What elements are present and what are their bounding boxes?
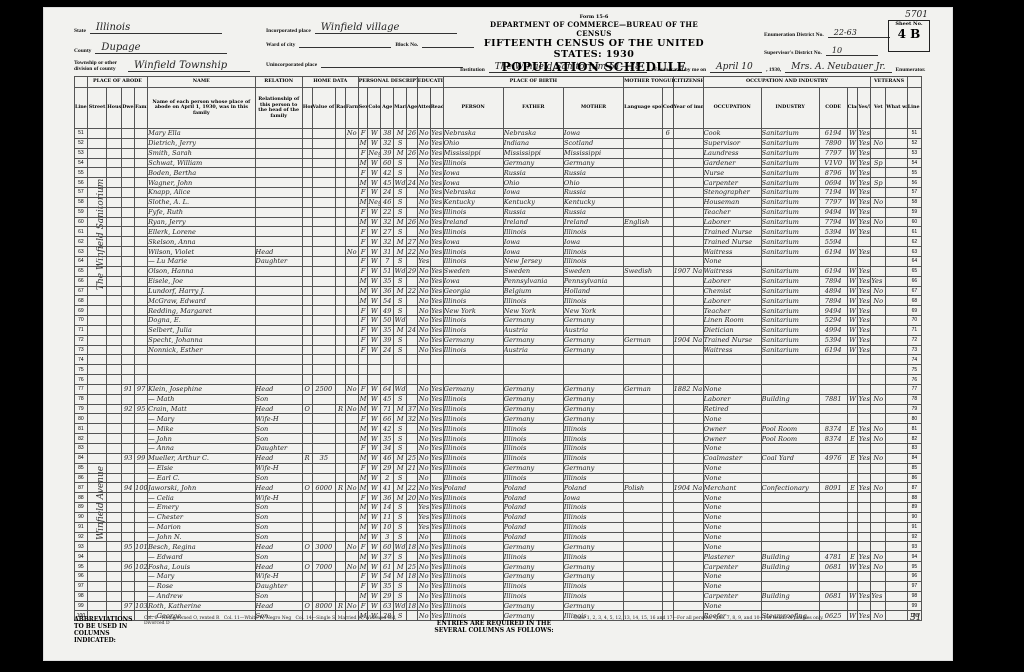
cell-race: W [368, 237, 381, 247]
cell-occ: Trained Nurse [703, 237, 761, 247]
cell-ca [662, 562, 673, 572]
cell-line: 77 [75, 384, 88, 394]
cell-rd: Yes [430, 404, 443, 414]
cell-farm [345, 276, 358, 286]
cell-ind [761, 493, 819, 503]
cell-sch: No [417, 571, 430, 581]
cell-ten [302, 316, 312, 326]
cell-bp: Ireland [443, 217, 503, 227]
cell-dw [122, 286, 135, 296]
cell-race: W [368, 325, 381, 335]
cell-war [886, 375, 908, 385]
cell-ca [662, 138, 673, 148]
cell-am [407, 227, 418, 237]
cell-bm: Germany [563, 384, 623, 394]
cell-rd: Yes [430, 325, 443, 335]
cell-ind: Sanitarium [761, 129, 819, 139]
cell-am [407, 335, 418, 345]
cell-eng [673, 345, 703, 355]
cell-radio [336, 552, 346, 562]
cell-dw [122, 306, 135, 316]
table-row: 51Mary EllaNoFW38M26NoYesNebraskaNebrask… [75, 129, 922, 139]
cell-line: 90 [907, 512, 921, 522]
cell-bf: Poland [503, 503, 563, 513]
cell-name: Ellerk, Lorene [148, 227, 255, 237]
cell-occ: Laborer [703, 296, 761, 306]
cell-war [886, 424, 908, 434]
cell-lang [624, 227, 663, 237]
cell-bp: Illinois [443, 552, 503, 562]
cell-sex: F [358, 601, 368, 611]
cell-race: W [368, 345, 381, 355]
cell-rd: Yes [430, 138, 443, 148]
cell-cls: W [847, 188, 858, 198]
group-education: EDUCATION [417, 77, 443, 88]
table-row: 94— EdwardSonMW37SNoYesIllinoisIllinoisI… [75, 552, 922, 562]
cell-hs [107, 601, 122, 611]
cell-bp: Sweden [443, 266, 503, 276]
cell-eng [673, 355, 703, 365]
cell-line: 73 [75, 345, 88, 355]
cell-emp [858, 503, 871, 513]
cell-rd: Yes [430, 188, 443, 198]
cell-name: McGraw, Edward [148, 296, 255, 306]
cell-st [87, 394, 106, 404]
cell-fam: 97 [135, 384, 148, 394]
cell-lang: English [624, 217, 663, 227]
cell-race [368, 355, 381, 365]
cell-race: W [368, 296, 381, 306]
cell-am [407, 355, 418, 365]
cell-lang [624, 355, 663, 365]
cell-occ: Trained Nurse [703, 227, 761, 237]
cell-rd: Yes [430, 483, 443, 493]
cell-st [87, 296, 106, 306]
cell-line: 64 [75, 256, 88, 266]
cell-am: 24 [407, 325, 418, 335]
cell-fam [135, 424, 148, 434]
cell-ca [662, 296, 673, 306]
cell-line: 76 [75, 375, 88, 385]
cell-rd: Yes [430, 463, 443, 473]
cell-mar: M [394, 404, 407, 414]
cell-rel [255, 325, 302, 335]
cell-rel: Son [255, 522, 302, 532]
cell-bf [503, 375, 563, 385]
cell-code: 0681 [819, 591, 847, 601]
cell-farm [345, 345, 358, 355]
cell-vet [871, 247, 886, 257]
cell-st [87, 375, 106, 385]
table-row: 65Olson, HannaFW51Wd29NoYesSwedenSwedenS… [75, 266, 922, 276]
cell-emp: Yes [858, 148, 871, 158]
cell-age: 64 [381, 384, 394, 394]
cell-ten [302, 207, 312, 217]
cell-name: — Anna [148, 444, 255, 454]
cell-lang [624, 463, 663, 473]
cell-hs [107, 306, 122, 316]
cell-hs [107, 424, 122, 434]
table-row: 59Fyfe, RuthFW22SNoYesIllinoisRussiaRuss… [75, 207, 922, 217]
cell-am [407, 345, 418, 355]
cell-farm [345, 168, 358, 178]
cell-hs [107, 325, 122, 335]
cell-line: 96 [75, 571, 88, 581]
cell-hs [107, 188, 122, 198]
cell-vet [871, 227, 886, 237]
cell-eng [673, 158, 703, 168]
cell-radio [336, 237, 346, 247]
cell-sex: M [358, 473, 368, 483]
cell-ind [761, 473, 819, 483]
cell-occ: Stenographer [703, 188, 761, 198]
cell-age: 24 [381, 188, 394, 198]
cell-radio [336, 266, 346, 276]
cell-code [819, 375, 847, 385]
cell-race: W [368, 434, 381, 444]
cell-eng [673, 178, 703, 188]
cell-mar: S [394, 581, 407, 591]
cell-val [312, 473, 336, 483]
cell-emp [858, 414, 871, 424]
cell-st [87, 237, 106, 247]
cell-line: 99 [907, 601, 921, 611]
cell-farm [345, 473, 358, 483]
cell-dw [122, 296, 135, 306]
cell-cls [847, 365, 858, 375]
cell-ind: Sanitarium [761, 296, 819, 306]
cell-rel [255, 138, 302, 148]
cell-war [886, 453, 908, 463]
cell-war [886, 247, 908, 257]
cell-vet [871, 375, 886, 385]
table-row: 9596102Fosha, LouisHeadO7000NoMW61M25NoY… [75, 562, 922, 572]
cell-bf: Kentucky [503, 197, 563, 207]
cell-code: 9494 [819, 207, 847, 217]
cell-rd: Yes [430, 286, 443, 296]
cell-ca [662, 571, 673, 581]
cell-st [87, 512, 106, 522]
cell-rd: Yes [430, 335, 443, 345]
cell-vet [871, 404, 886, 414]
cell-sex: F [358, 581, 368, 591]
cell-line: 77 [907, 384, 921, 394]
state-field: State Illinois [74, 22, 222, 34]
cell-bf: Germany [503, 542, 563, 552]
cell-vet [871, 256, 886, 266]
cell-radio [336, 168, 346, 178]
cell-hs [107, 453, 122, 463]
cell-rel: Head [255, 542, 302, 552]
cell-radio [336, 276, 346, 286]
cell-dw [122, 493, 135, 503]
cell-vet [871, 355, 886, 365]
cell-line: 90 [75, 512, 88, 522]
cell-st [87, 542, 106, 552]
cell-val: 35 [312, 453, 336, 463]
cell-mar: S [394, 522, 407, 532]
cell-war [886, 434, 908, 444]
cell-line: 98 [907, 591, 921, 601]
cell-ca [662, 424, 673, 434]
cell-lang [624, 365, 663, 375]
cell-sex: F [358, 129, 368, 139]
cell-bm: Illinois [563, 256, 623, 266]
cell-eng [673, 276, 703, 286]
cell-lang [624, 138, 663, 148]
cell-emp: Yes [858, 178, 871, 188]
cell-sex [358, 365, 368, 375]
cell-st [87, 256, 106, 266]
cell-bp: Illinois [443, 256, 503, 266]
cell-ten [302, 463, 312, 473]
cell-val: 2500 [312, 384, 336, 394]
cell-race: W [368, 256, 381, 266]
table-row: 82— JohnSonMW35SNoYesIllinoisIllinoisIll… [75, 434, 922, 444]
cell-val [312, 266, 336, 276]
cell-eng [673, 296, 703, 306]
cell-emp [858, 542, 871, 552]
cell-radio [336, 138, 346, 148]
cell-sex [358, 375, 368, 385]
cell-dw [122, 581, 135, 591]
cell-ind [761, 384, 819, 394]
cell-sex: M [358, 217, 368, 227]
cell-radio [336, 256, 346, 266]
cell-bp: Illinois [443, 394, 503, 404]
cell-cls [847, 522, 858, 532]
cell-dw [122, 316, 135, 326]
cell-ca [662, 276, 673, 286]
cell-name: Roth, Katherine [148, 601, 255, 611]
cell-ten [302, 148, 312, 158]
cell-rd: Yes [430, 493, 443, 503]
cell-occ: None [703, 532, 761, 542]
group-place-of-abode: PLACE OF ABODE [87, 77, 147, 88]
cell-bp: Illinois [443, 345, 503, 355]
cell-mar: Wd [394, 542, 407, 552]
cell-sch: No [417, 276, 430, 286]
cell-occ: Waitress [703, 247, 761, 257]
cell-rel: Son [255, 532, 302, 542]
cell-emp: Yes [858, 424, 871, 434]
form-footer: ABBREVIATIONS TO BE USED IN COLUMNS INDI… [74, 614, 922, 644]
cell-sex: M [358, 552, 368, 562]
cell-age: 7 [381, 256, 394, 266]
cell-emp [858, 522, 871, 532]
cell-bf: Russia [503, 207, 563, 217]
cell-cls [847, 444, 858, 454]
cell-ind [761, 542, 819, 552]
group-home-data: HOME DATA [302, 77, 358, 88]
cell-lang [624, 168, 663, 178]
cell-line: 59 [907, 207, 921, 217]
cell-code: 6194 [819, 247, 847, 257]
cell-eng: 1882 Na Yes [673, 384, 703, 394]
cell-bp: Germany [443, 384, 503, 394]
cell-mar: S [394, 168, 407, 178]
cell-war [886, 463, 908, 473]
cell-bp: Illinois [443, 444, 503, 454]
cell-mar: M [394, 463, 407, 473]
cell-dw [122, 434, 135, 444]
cell-rel: Head [255, 483, 302, 493]
cell-code: 7797 [819, 197, 847, 207]
cell-rel: Son [255, 473, 302, 483]
cell-line: 61 [907, 227, 921, 237]
cell-war [886, 503, 908, 513]
cell-code: 7894 [819, 276, 847, 286]
cell-fam [135, 493, 148, 503]
cell-dw [122, 207, 135, 217]
cell-bm: Illinois [563, 581, 623, 591]
cell-st [87, 404, 106, 414]
cell-emp: Yes [858, 227, 871, 237]
cell-mar: S [394, 503, 407, 513]
cell-dw [122, 227, 135, 237]
cell-rd: Yes [430, 148, 443, 158]
cell-line: 66 [75, 276, 88, 286]
cell-mar: S [394, 207, 407, 217]
cell-emp: Yes [858, 394, 871, 404]
cell-mar: S [394, 256, 407, 266]
cell-val: 7000 [312, 562, 336, 572]
cell-name: — Emery [148, 503, 255, 513]
cell-farm [345, 365, 358, 375]
cell-vet [871, 571, 886, 581]
cell-age: 45 [381, 394, 394, 404]
cell-lang [624, 286, 663, 296]
cell-bm: Kentucky [563, 197, 623, 207]
cell-fam [135, 335, 148, 345]
cell-cls: W [847, 168, 858, 178]
cell-fam: 99 [135, 453, 148, 463]
cell-line: 81 [907, 424, 921, 434]
cell-bf: Illinois [503, 434, 563, 444]
cell-farm: No [345, 384, 358, 394]
cell-line: 80 [907, 414, 921, 424]
cell-name: Lundorf, Harry J. [148, 286, 255, 296]
cell-st [87, 581, 106, 591]
cell-bf: Russia [503, 168, 563, 178]
cell-bp: Ohio [443, 138, 503, 148]
cell-emp [858, 365, 871, 375]
cell-hs [107, 375, 122, 385]
cell-am [407, 306, 418, 316]
cell-sex: F [358, 168, 368, 178]
cell-name: Olson, Hanna [148, 266, 255, 276]
cell-code [819, 571, 847, 581]
cell-bm: Germany [563, 601, 623, 611]
cell-val [312, 493, 336, 503]
cell-eng [673, 571, 703, 581]
cell-ten [302, 129, 312, 139]
cell-lang [624, 542, 663, 552]
cell-vet [871, 207, 886, 217]
cell-age [381, 365, 394, 375]
cell-bp: Illinois [443, 532, 503, 542]
cell-am [407, 473, 418, 483]
table-row: 799295Crain, MattHeadORNoMW71M37NoYesIll… [75, 404, 922, 414]
cell-rel: Wife-H [255, 493, 302, 503]
cell-am: 20 [407, 493, 418, 503]
cell-rd: Yes [430, 237, 443, 247]
cell-lang [624, 316, 663, 326]
cell-eng [673, 522, 703, 532]
cell-lang [624, 129, 663, 139]
cell-ca [662, 266, 673, 276]
cell-code [819, 542, 847, 552]
cell-ind: Sanitarium [761, 227, 819, 237]
cell-age: 27 [381, 227, 394, 237]
cell-war [886, 296, 908, 306]
cell-code [819, 414, 847, 424]
cell-ten: O [302, 542, 312, 552]
cell-occ: None [703, 503, 761, 513]
cell-code: 4894 [819, 286, 847, 296]
cell-st [87, 562, 106, 572]
cell-race: W [368, 562, 381, 572]
cell-age: 34 [381, 444, 394, 454]
cell-radio [336, 473, 346, 483]
cell-emp [858, 256, 871, 266]
cell-hs [107, 394, 122, 404]
cell-ten [302, 473, 312, 483]
cell-ten [302, 325, 312, 335]
cell-race: W [368, 384, 381, 394]
cell-line: 63 [907, 247, 921, 257]
cell-emp: Yes [858, 188, 871, 198]
cell-line: 62 [907, 237, 921, 247]
cell-dw: 97 [122, 601, 135, 611]
cell-sch: No [417, 404, 430, 414]
cell-st [87, 355, 106, 365]
cell-farm [345, 532, 358, 542]
cell-rd [430, 256, 443, 266]
cell-mar: M [394, 571, 407, 581]
cell-sch: No [417, 148, 430, 158]
cell-line: 63 [75, 247, 88, 257]
table-row: 53Smith, SarahFNeg39M26NoYesMississippiM… [75, 148, 922, 158]
cell-fam [135, 532, 148, 542]
cell-occ: Cook [703, 129, 761, 139]
cell-bm: Ireland [563, 217, 623, 227]
cell-ten [302, 571, 312, 581]
cell-mar: M [394, 217, 407, 227]
cell-bp: Illinois [443, 591, 503, 601]
cell-rd [430, 532, 443, 542]
cell-val [312, 394, 336, 404]
cell-ca [662, 158, 673, 168]
cell-hs [107, 355, 122, 365]
cell-rel [255, 365, 302, 375]
cell-val [312, 512, 336, 522]
cell-dw [122, 355, 135, 365]
cell-am [407, 424, 418, 434]
cell-radio: R [336, 601, 346, 611]
cell-occ: None [703, 601, 761, 611]
cell-cls: E [847, 552, 858, 562]
cell-lang: Polish [624, 483, 663, 493]
cell-val [312, 503, 336, 513]
cell-radio [336, 453, 346, 463]
cell-ten [302, 394, 312, 404]
cell-code: 5394 [819, 335, 847, 345]
cell-farm [345, 522, 358, 532]
cell-rd: Yes [430, 168, 443, 178]
cell-vet [871, 581, 886, 591]
cell-mar: S [394, 591, 407, 601]
